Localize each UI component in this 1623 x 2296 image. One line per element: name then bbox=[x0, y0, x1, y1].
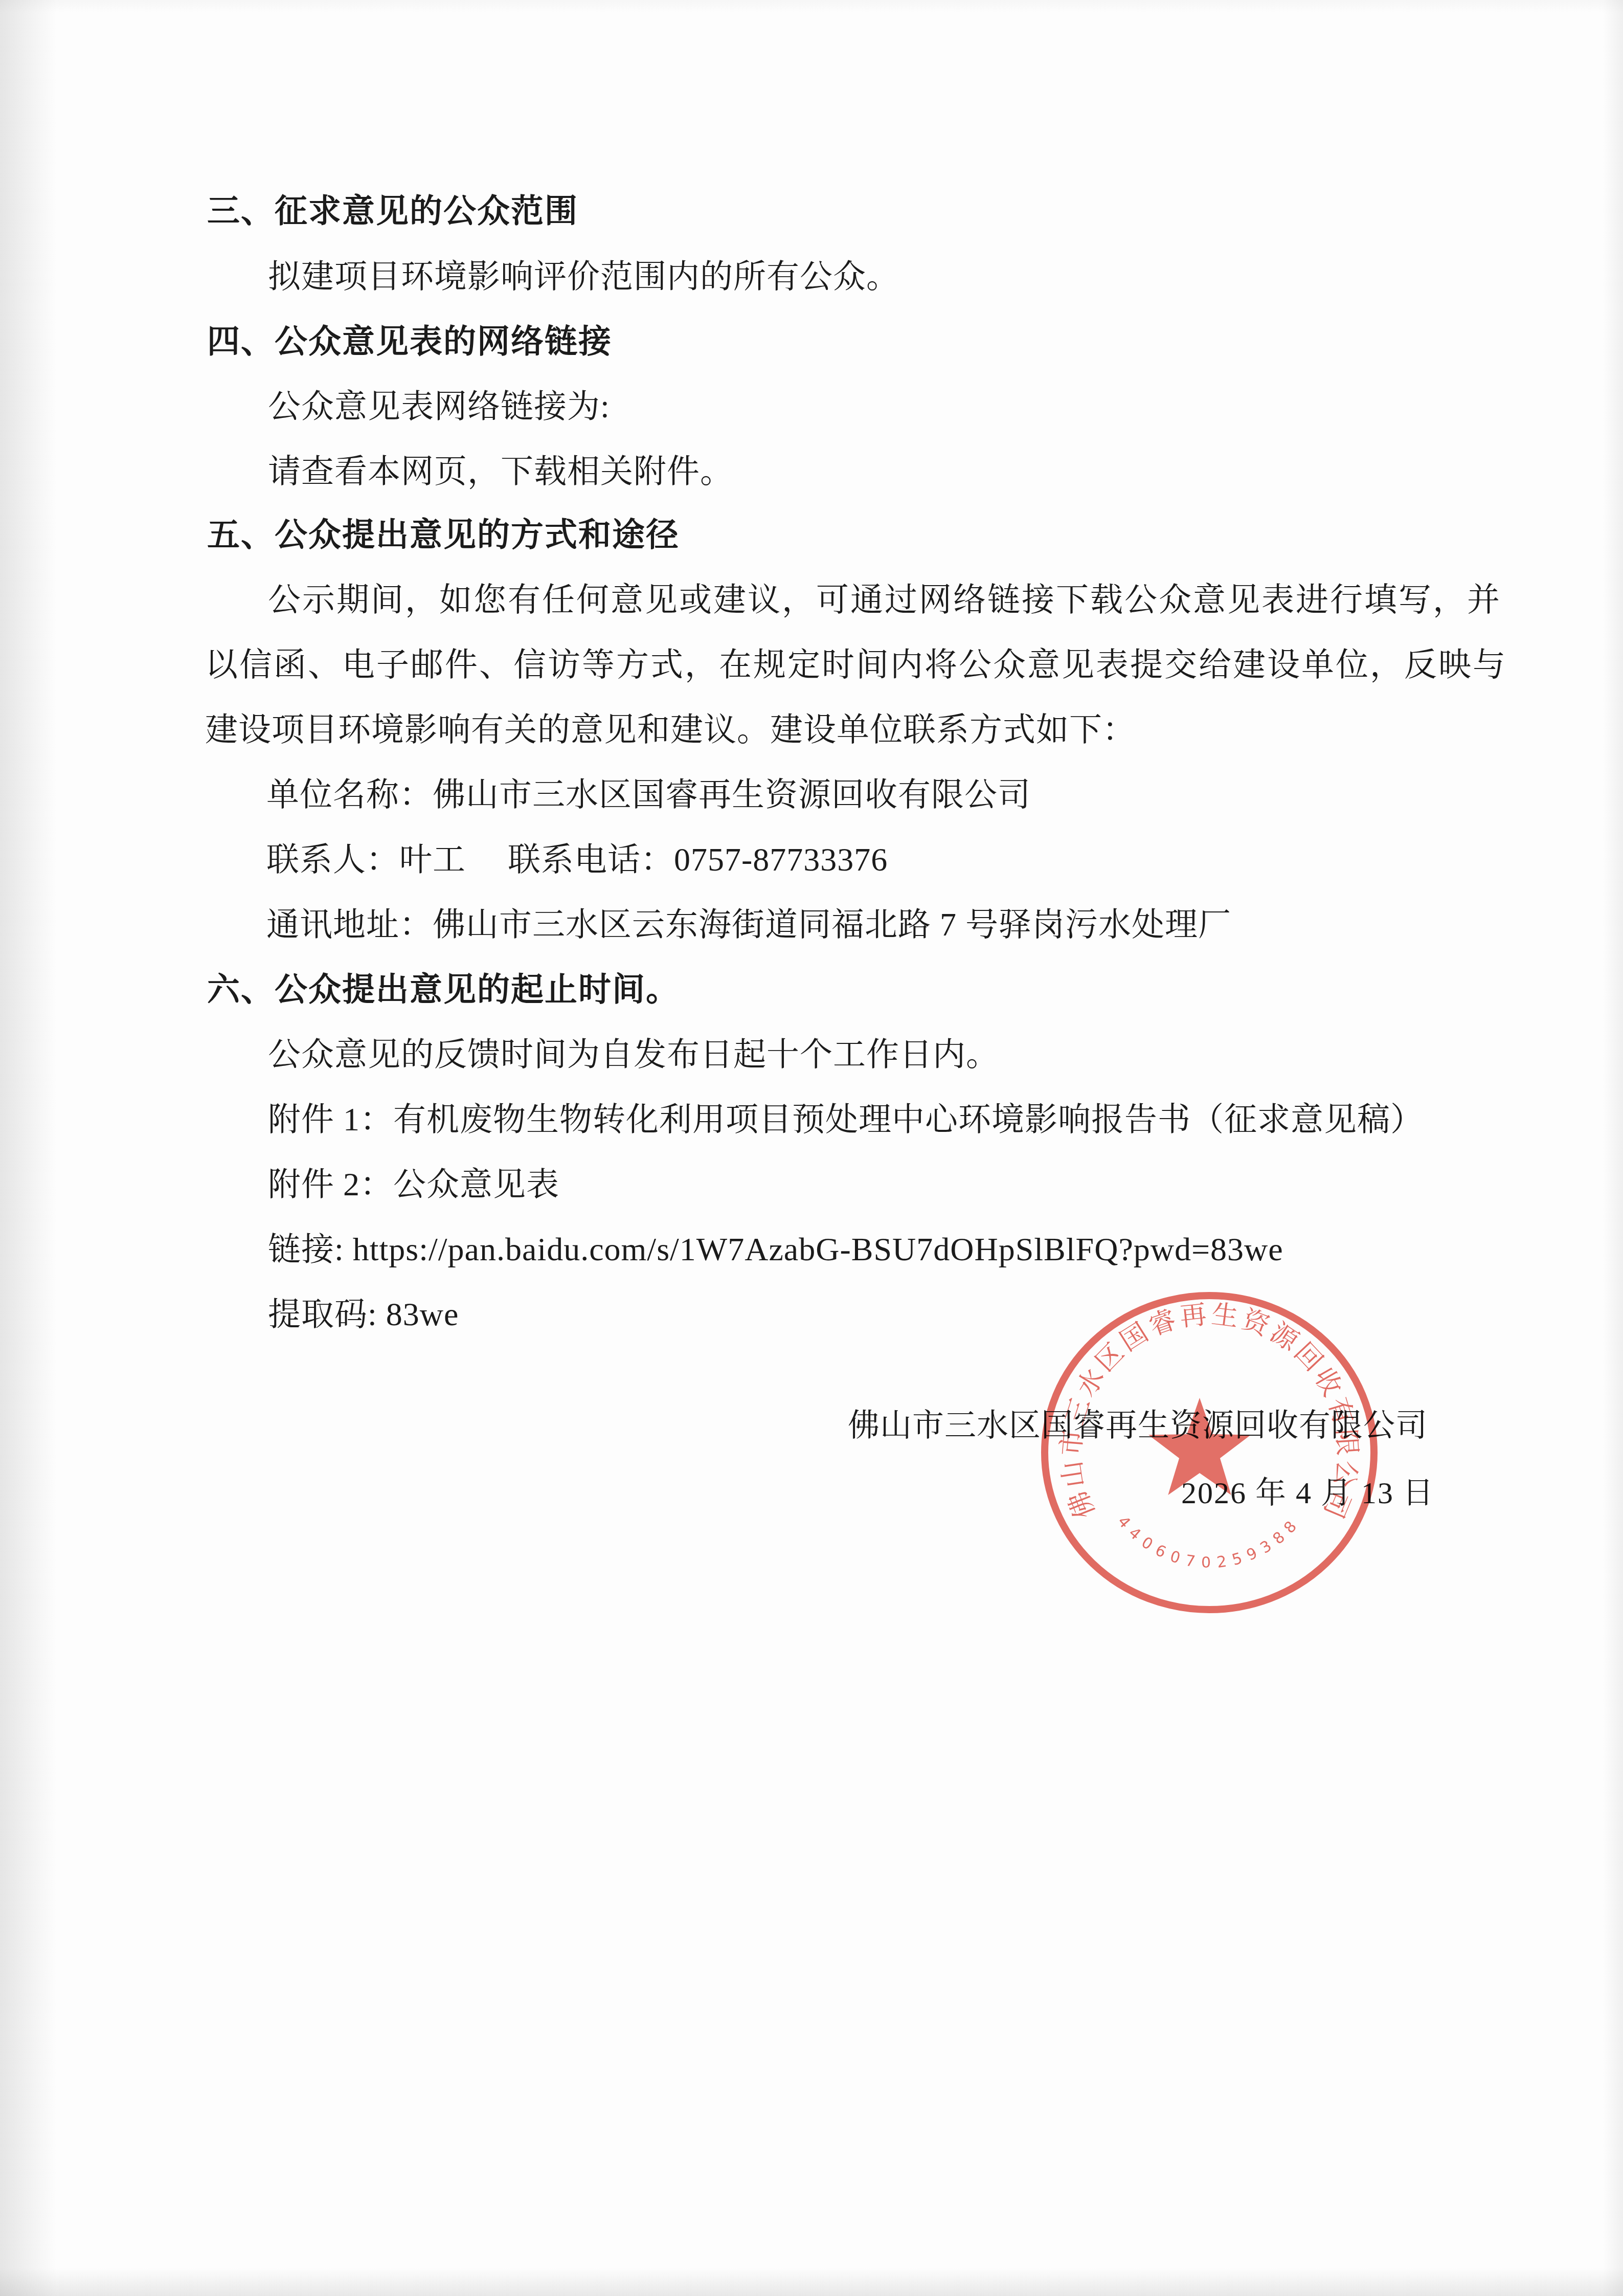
company-seal-stamp: 佛山市三水区国睿再生资源回收有限公司 4406070259388 bbox=[1033, 1284, 1386, 1616]
signature-company-name: 佛山市三水区国睿再生资源回收有限公司 bbox=[848, 1408, 1428, 1444]
section-3-body: 拟建项目环境影响评价范围内的所有公众。 bbox=[268, 259, 899, 295]
section-4-heading: 四、公众意见表的网络链接 bbox=[207, 324, 612, 360]
section-4-body-1: 公众意见表网络链接为: bbox=[268, 389, 610, 425]
address-line: 通讯地址：佛山市三水区云东海街道同福北路 7 号驿岗污水处理厂 bbox=[266, 907, 1231, 943]
section-4-body-2: 请查看本网页，下载相关附件。 bbox=[268, 454, 733, 489]
scanned-document-page: 三、征求意见的公众范围 拟建项目环境影响评价范围内的所有公众。 四、公众意见表的… bbox=[0, 0, 1623, 2296]
seal-ring-circle bbox=[1045, 1296, 1374, 1610]
seal-serial-number: 4406070259388 bbox=[1114, 1513, 1304, 1572]
unit-name-line: 单位名称：佛山市三水区国睿再生资源回收有限公司 bbox=[266, 777, 1031, 813]
section-6-heading: 六、公众提出意见的起止时间。 bbox=[207, 972, 680, 1008]
attachment-2-line: 附件 2：公众意见表 bbox=[268, 1167, 559, 1202]
section-5-body-line-3: 建设项目环境影响有关的意见和建议。建设单位联系方式如下： bbox=[205, 712, 1136, 748]
contact-line: 联系人：叶工 联系电话：0757-87733376 bbox=[266, 842, 888, 878]
section-6-body: 公众意见的反馈时间为自发布日起十个工作日内。 bbox=[268, 1037, 999, 1073]
section-3-heading: 三、征求意见的公众范围 bbox=[207, 193, 578, 229]
attachment-1-line: 附件 1：有机废物生物转化利用项目预处理中心环境影响报告书（征求意见稿） bbox=[268, 1102, 1424, 1138]
pan-baidu-link-line: 链接: https://pan.baidu.com/s/1W7AzabG-BSU… bbox=[268, 1232, 1283, 1267]
extraction-code-line: 提取码: 83we bbox=[268, 1297, 459, 1332]
section-5-body-line-2: 以信函、电子邮件、信访等方式，在规定时间内将公众意见表提交给建设单位，反映与 bbox=[205, 647, 1507, 683]
section-5-heading: 五、公众提出意见的方式和途径 bbox=[207, 517, 680, 553]
signature-date: 2026 年 4 月 13 日 bbox=[1181, 1475, 1434, 1511]
section-5-body-line-1: 公示期间，如您有任何意见或建议，可通过网络链接下载公众意见表进行填写，并 bbox=[268, 582, 1501, 618]
